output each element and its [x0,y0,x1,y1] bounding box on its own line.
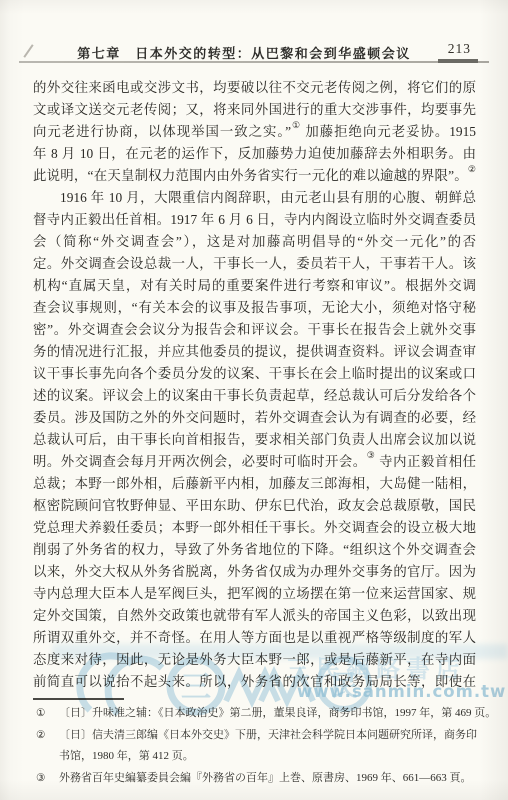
body-line: 会（简称“外交调查会”），这是对加藤高明倡导的“外交一元化”的否 [33,231,476,253]
body-line: 督寺内正毅出任首相。1917 年 6 月 6 日，寺内内阁设立临时外交调查委员 [33,209,476,231]
body-line: 所谓双重外交，并不奇怪。在用人等方面也是以重视严格等级制度的军人 [33,627,476,649]
footnote-text: 〔日〕升味准之辅：《日本政治史》第二册，董果良译，商务印书馆，1997 年，第 … [59,703,478,725]
body-line: 向元老进行协商，以体现举国一致之实。”① 加藤拒绝向元老妥协。1915 [33,121,476,143]
body-line: 总裁；本野一郎外相，后藤新平内相，加藤友三郎海相，大岛健一陆相， [33,473,476,495]
footnote-reference-mark: ③ [367,451,376,460]
page-number: 213 [448,41,471,57]
footnote-marker: ① [36,703,45,725]
footnote: ①〔日〕升味准之辅：《日本政治史》第二册，董果良译，商务印书馆，1997 年，第… [36,703,478,725]
body-line: 述的议案。评议会上的议案由干事长负责起草，经总裁认可后分发给各个 [33,385,476,407]
body-text: 的外交往来函电或交涉文书，均要破以往不交元老传阅之例，将它们的原文或译文送交元老… [33,77,476,693]
body-line: 寺内总理大臣本人是军阀巨头，把军阀的立场摆在第一位来运营国家、规 [33,583,476,605]
body-line: 机构“直属天皇，对有关时局的重要案件进行考察和审议”。根据外交调 [33,275,476,297]
body-line: 文或译文送交元老传阅；又，将来同外国进行的重大交涉事件，均要事先 [33,99,476,121]
page-number-underline [438,59,478,63]
body-line: 以来，外交大权从外务省脱离，外务省仅成为办理外交事务的官厅。因为 [33,561,476,583]
footnotes: ①〔日〕升味准之辅：《日本政治史》第二册，董果良译，商务印书馆，1997 年，第… [36,703,478,789]
body-line: 前简直可以说抬不起头来。所以，外务省的次官和政务局局长等，即使在 [33,671,476,693]
footnote-line: 外務省百年史編纂委員会編『外務省の百年』上巻、原書房、1969 年、661—66… [59,768,478,790]
body-line: 1916 年 10 月，大隈重信内阁辞职，由元老山县有朋的心腹、朝鲜总 [33,187,476,209]
footnote-marker: ② [36,725,45,747]
body-line: 年 8 月 10 日，在元老的运作下，反加藤势力迫使加藤辞去外相职务。由 [33,143,476,165]
footnote-text: 〔日〕信夫清三郎编《日本外交史》下册，天津社会科学院日本问题研究所译，商务印书馆… [59,725,478,768]
book-page: 第七章 日本外交的转型：从巴黎和会到华盛顿会议 213 的外交往来函电或交涉文书… [0,0,508,800]
footnote-reference-mark: ② [468,165,476,174]
body-line: 削弱了外务省的权力，导致了外务省地位的下降。“组织这个外交调查会 [33,539,476,561]
body-line: 态度来对待，因此，无论是外务大臣本野一郎，或是后藤新平，在寺内面 [33,649,476,671]
footnote-line: 〔日〕信夫清三郎编《日本外交史》下册，天津社会科学院日本问题研究所译，商务印 [59,725,478,747]
body-line: 定。外交调查会设总裁一人，干事长一人，委员若干人，干事若干人。该 [33,253,476,275]
body-line: 此说明，“在天皇制权力范围内由外务省实行一元化的难以逾越的界限”。② [33,165,476,187]
body-line: 枢密院顾问官牧野伸显、平田东助、伊东巳代治，政友会总裁原敬，国民 [33,495,476,517]
body-line: 委员。涉及国防之外的外交问题时，若外交调查会认为有调查的必要，经 [33,407,476,429]
body-line: 定外交国策，自然外交政策也就带有军人派头的帝国主义色彩，以致出现 [33,605,476,627]
footnote-line: 〔日〕升味准之辅：《日本政治史》第二册，董果良译，商务印书馆，1997 年，第 … [59,703,478,725]
footnote-text: 外務省百年史編纂委員会編『外務省の百年』上巻、原書房、1969 年、661—66… [59,768,478,790]
chapter-title: 第七章 日本外交的转型：从巴黎和会到华盛顿会议 [0,43,488,62]
footnote-line: 书馆，1980 年，第 412 页。 [59,746,478,768]
body-line: 务的情况进行汇报，并应其他委员的提议，提供调查资料。评议会调查审 [33,341,476,363]
header-rule [19,61,489,63]
body-line: 密”。外交调查会会议分为报告会和评议会。干事长在报告会上就外交事 [33,319,476,341]
footnote: ②〔日〕信夫清三郎编《日本外交史》下册，天津社会科学院日本问题研究所译，商务印书… [36,725,478,768]
body-line: 明。外交调查会每月开两次例会，必要时可临时开会。③ 寺内正毅首相任 [33,451,476,473]
body-line: 的外交往来函电或交涉文书，均要破以往不交元老传阅之例，将它们的原 [33,77,476,99]
body-line: 查会议事规则，“有关本会的议事及报告事项，无论大小，须绝对恪守秘 [33,297,476,319]
footnote-marker: ③ [36,768,45,790]
footnote-reference-mark: ① [291,121,301,130]
footnote: ③外務省百年史編纂委員会編『外務省の百年』上巻、原書房、1969 年、661—6… [36,768,478,790]
footnote-separator [33,698,124,700]
body-line: 总裁认可后，由干事长向首相报告，要求相关部门负责人出席会议加以说 [33,429,476,451]
body-line: 党总理犬养毅任委员；本野一郎外相任干事长。外交调查会的设立极大地 [33,517,476,539]
body-line: 议干事长事先向各个委员分发的议案、干事长在会上临时提出的议案或口 [33,363,476,385]
